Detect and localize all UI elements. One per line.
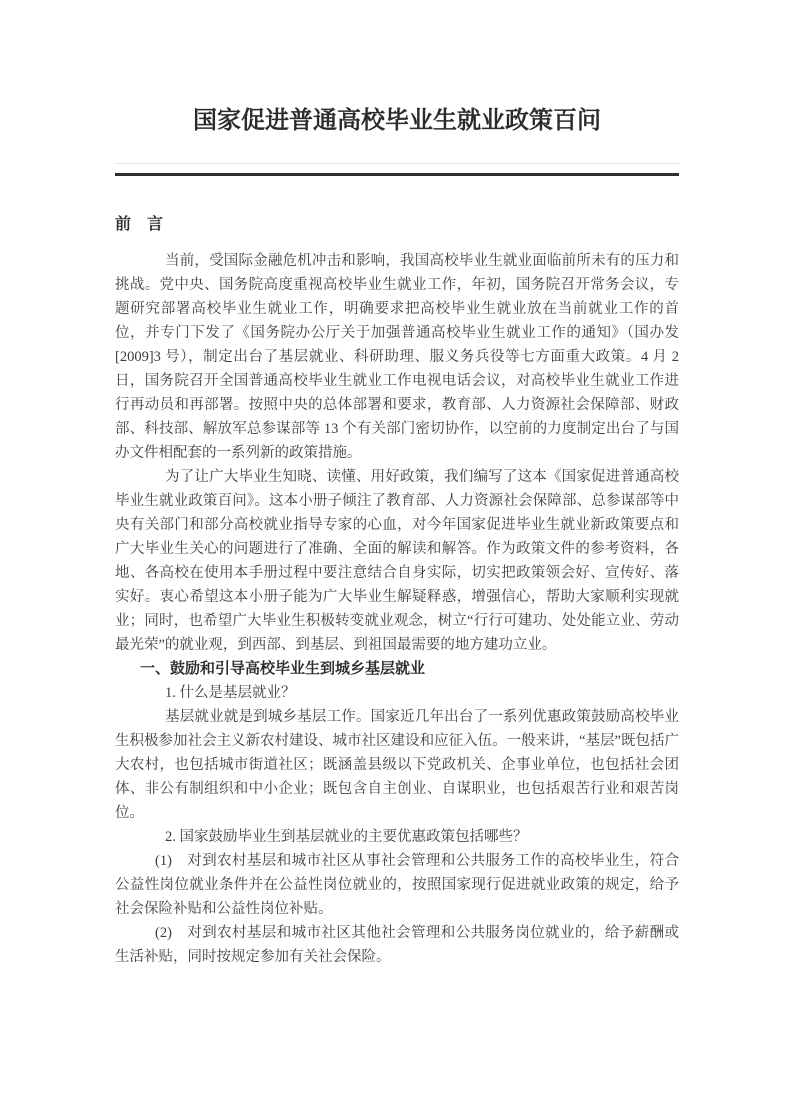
document-title: 国家促进普通高校毕业生就业政策百问: [115, 0, 679, 138]
document-page: 国家促进普通高校毕业生就业政策百问 前 言 当前，受国际金融危机冲击和影响，我国…: [0, 0, 794, 1108]
document-body: 当前，受国际金融危机冲击和影响，我国高校毕业生就业面临前所未有的压力和挑战。党中…: [115, 249, 679, 969]
section-1-answer-1: 基层就业就是到城乡基层工作。国家近几年出台了一系列优惠政策鼓励高校毕业生积极参加…: [115, 705, 679, 825]
preface-paragraph-1: 当前，受国际金融危机冲击和影响，我国高校毕业生就业面临前所未有的压力和挑战。党中…: [115, 249, 679, 465]
title-divider-dark: [115, 173, 679, 176]
document-content: 国家促进普通高校毕业生就业政策百问 前 言 当前，受国际金融危机冲击和影响，我国…: [115, 0, 679, 969]
section-1-heading: 一、鼓励和引导高校毕业生到城乡基层就业: [115, 657, 679, 681]
preface-paragraph-2: 为了让广大毕业生知晓、读懂、用好政策，我们编写了这本《国家促进普通高校毕业生就业…: [115, 465, 679, 657]
preface-heading: 前 言: [115, 213, 679, 237]
section-1-question-2: 2. 国家鼓励毕业生到基层就业的主要优惠政策包括哪些？: [115, 825, 679, 849]
section-1-question-1: 1. 什么是基层就业？: [115, 681, 679, 705]
section-1-answer-2-item-2: (2) 对到农村基层和城市社区其他社会管理和公共服务岗位就业的，给予薪酬或生活补…: [115, 921, 679, 969]
title-divider-light: [115, 163, 679, 164]
section-1-answer-2-item-1: (1) 对到农村基层和城市社区从事社会管理和公共服务工作的高校毕业生，符合公益性…: [115, 849, 679, 921]
